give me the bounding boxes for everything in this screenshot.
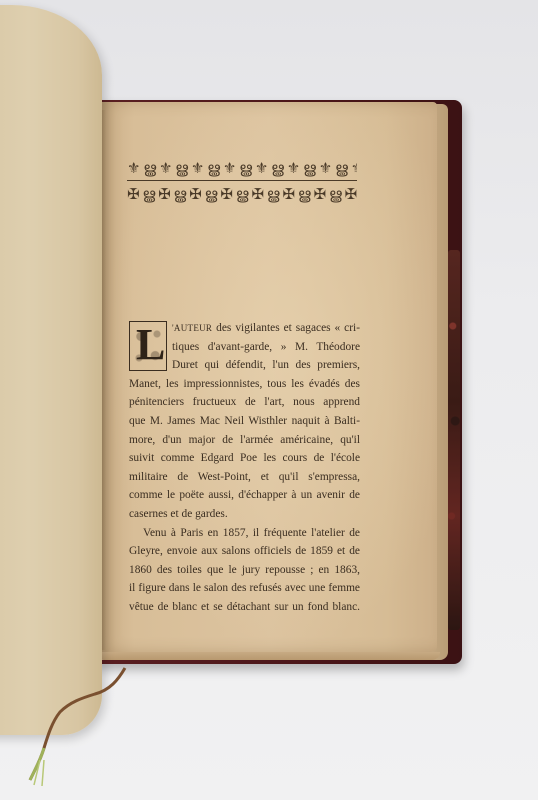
text-line: militaire de West-Point, et qu'il s'empr…: [129, 468, 360, 487]
paragraph-1: L 'auteur des vigilantes et sagaces « cr…: [129, 319, 360, 524]
text-line: Venu à Paris en 1857, il fréquente l'ate…: [129, 524, 360, 543]
text-line: Gleyre, envoie aux salons officiels de 1…: [129, 542, 360, 561]
text-line: 1860 des toiles que le jury repousse ; e…: [129, 561, 360, 580]
dropcap-letter: L: [136, 320, 165, 370]
ornament-divider: [127, 180, 357, 181]
paragraph-2: Venu à Paris en 1857, il fréquente l'ate…: [129, 524, 360, 617]
left-page: [0, 5, 102, 735]
ornamental-header-band: ⚜ ൠ ⚜ ൠ ⚜ ൠ ⚜ ൠ ⚜ ൠ ⚜ ൠ ⚜ ൠ ⚜ ൠ ⚜ ൠ ⚜ ✠ …: [127, 158, 357, 208]
book-photo: ⚜ ൠ ⚜ ൠ ⚜ ൠ ⚜ ൠ ⚜ ൠ ⚜ ൠ ⚜ ൠ ⚜ ൠ ⚜ ൠ ⚜ ✠ …: [0, 0, 538, 800]
ornament-top-row: ⚜ ൠ ⚜ ൠ ⚜ ൠ ⚜ ൠ ⚜ ൠ ⚜ ൠ ⚜ ൠ ⚜ ൠ ⚜ ൠ ⚜: [127, 158, 357, 178]
text-line: Manet, les impressionnistes, tous les év…: [129, 375, 360, 394]
text-line: pénitenciers fructueux de l'art, nous ap…: [129, 393, 360, 412]
text-line: vêtue de blanc et se détachant sur un fo…: [129, 598, 360, 617]
page-bottom-edge: [100, 652, 440, 660]
text-line: suivit comme Edgard Poe les cours de l'é…: [129, 449, 360, 468]
text-line: casernes et de gardes.: [129, 505, 360, 524]
smallcaps-word: 'auteur: [172, 323, 212, 333]
ornament-bottom-row: ✠ ൠ ✠ ൠ ✠ ൠ ✠ ൠ ✠ ൠ ✠ ൠ ✠ ൠ ✠ ൠ ✠ ൠ ✠: [127, 184, 357, 204]
text-line: comme le poëte aussi, d'échapper à un av…: [129, 486, 360, 505]
ornamental-dropcap: L: [129, 321, 167, 371]
text-line: il figure dans le salon des refusés avec…: [129, 579, 360, 598]
text-line: que M. James Mac Neil Wisthler naquit à …: [129, 412, 360, 431]
page-text: L 'auteur des vigilantes et sagaces « cr…: [129, 319, 360, 617]
marbled-edge: [448, 250, 460, 630]
text-line: more, d'un major de l'armée américaine, …: [129, 431, 360, 450]
